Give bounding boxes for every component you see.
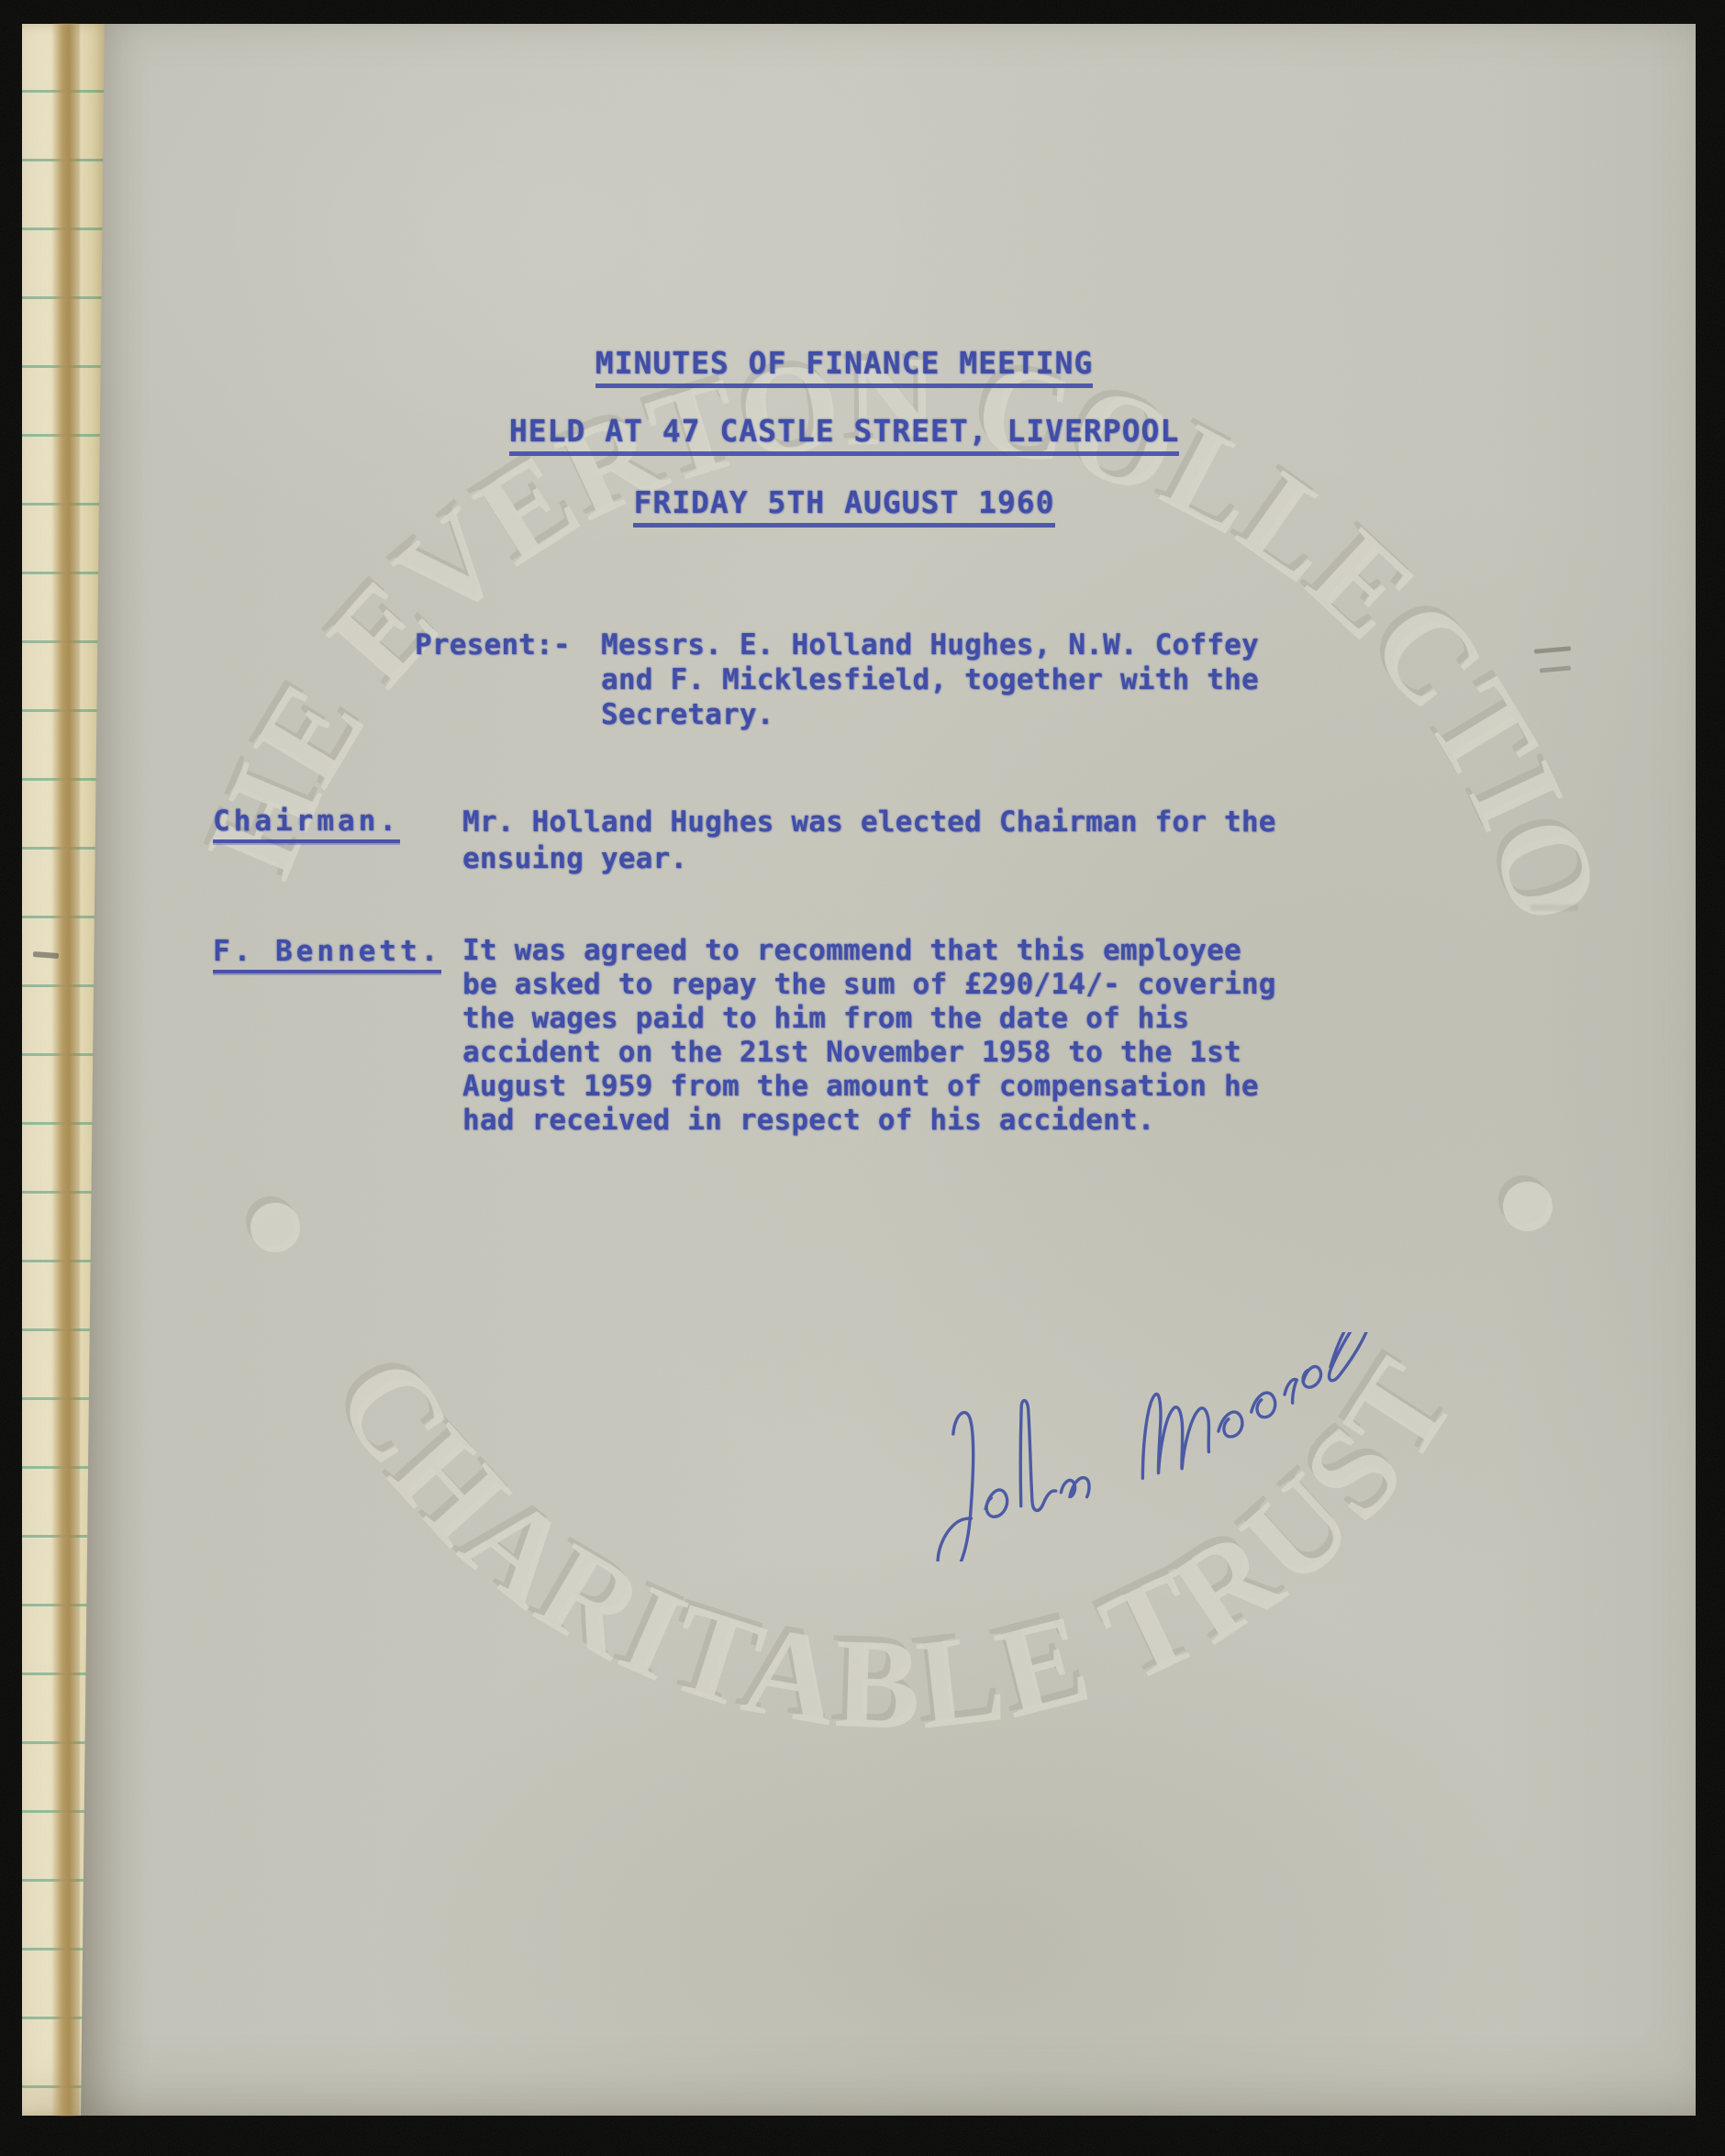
title-line-1: MINUTES OF FINANCE MEETING — [321, 345, 1367, 381]
signature-strokes — [901, 1332, 1418, 1561]
section-chairman-label-text: Chairman. — [213, 805, 400, 843]
section-bennett-label-text: F. Bennett. — [213, 935, 441, 973]
present-body: Messrs. E. Holland Hughes, N.W. Coffeyan… — [601, 628, 1259, 732]
title-line-3: FRIDAY 5TH AUGUST 1960 — [321, 484, 1367, 520]
bennett-line-2: be asked to repay the sum of £290/14/- c… — [462, 968, 1276, 1001]
chairman-line-1: Mr. Holland Hughes was elected Chairman … — [462, 806, 1276, 839]
bennett-line-3: the wages paid to him from the date of h… — [462, 1002, 1189, 1035]
pencil-smudge-right — [1530, 905, 1578, 911]
section-bennett-body: It was agreed to recommend that this emp… — [462, 934, 1276, 1138]
signature: John Moores — [870, 1332, 1466, 1561]
bennett-line-5: August 1959 from the amount of compensat… — [462, 1070, 1259, 1103]
scanned-document: THE EVERTON COLLECTION CHARITABLE TRUST … — [0, 0, 1725, 2156]
title-line-2-text: HELD AT 47 CASTLE STREET, LIVERPOOL — [509, 413, 1179, 456]
present-label: Present:- — [415, 628, 571, 662]
title-line-1-text: MINUTES OF FINANCE MEETING — [595, 345, 1094, 388]
section-chairman-body: Mr. Holland Hughes was elected Chairman … — [462, 804, 1276, 877]
present-line-1: Messrs. E. Holland Hughes, N.W. Coffey — [601, 628, 1259, 661]
section-bennett-label: F. Bennett. — [213, 934, 441, 969]
chairman-line-2: ensuing year. — [462, 842, 687, 875]
section-chairman-label: Chairman. — [213, 804, 400, 839]
binding-tape — [51, 24, 80, 2116]
bennett-line-1: It was agreed to recommend that this emp… — [462, 934, 1241, 967]
bennett-line-4: accident on the 21st November 1958 to th… — [462, 1036, 1241, 1069]
title-line-3-text: FRIDAY 5TH AUGUST 1960 — [633, 484, 1054, 528]
present-line-3: Secretary. — [601, 698, 774, 731]
bennett-line-6: had received in respect of his accident. — [462, 1104, 1155, 1137]
present-line-2: and F. Micklesfield, together with the — [601, 663, 1259, 696]
title-line-2: HELD AT 47 CASTLE STREET, LIVERPOOL — [321, 413, 1367, 449]
